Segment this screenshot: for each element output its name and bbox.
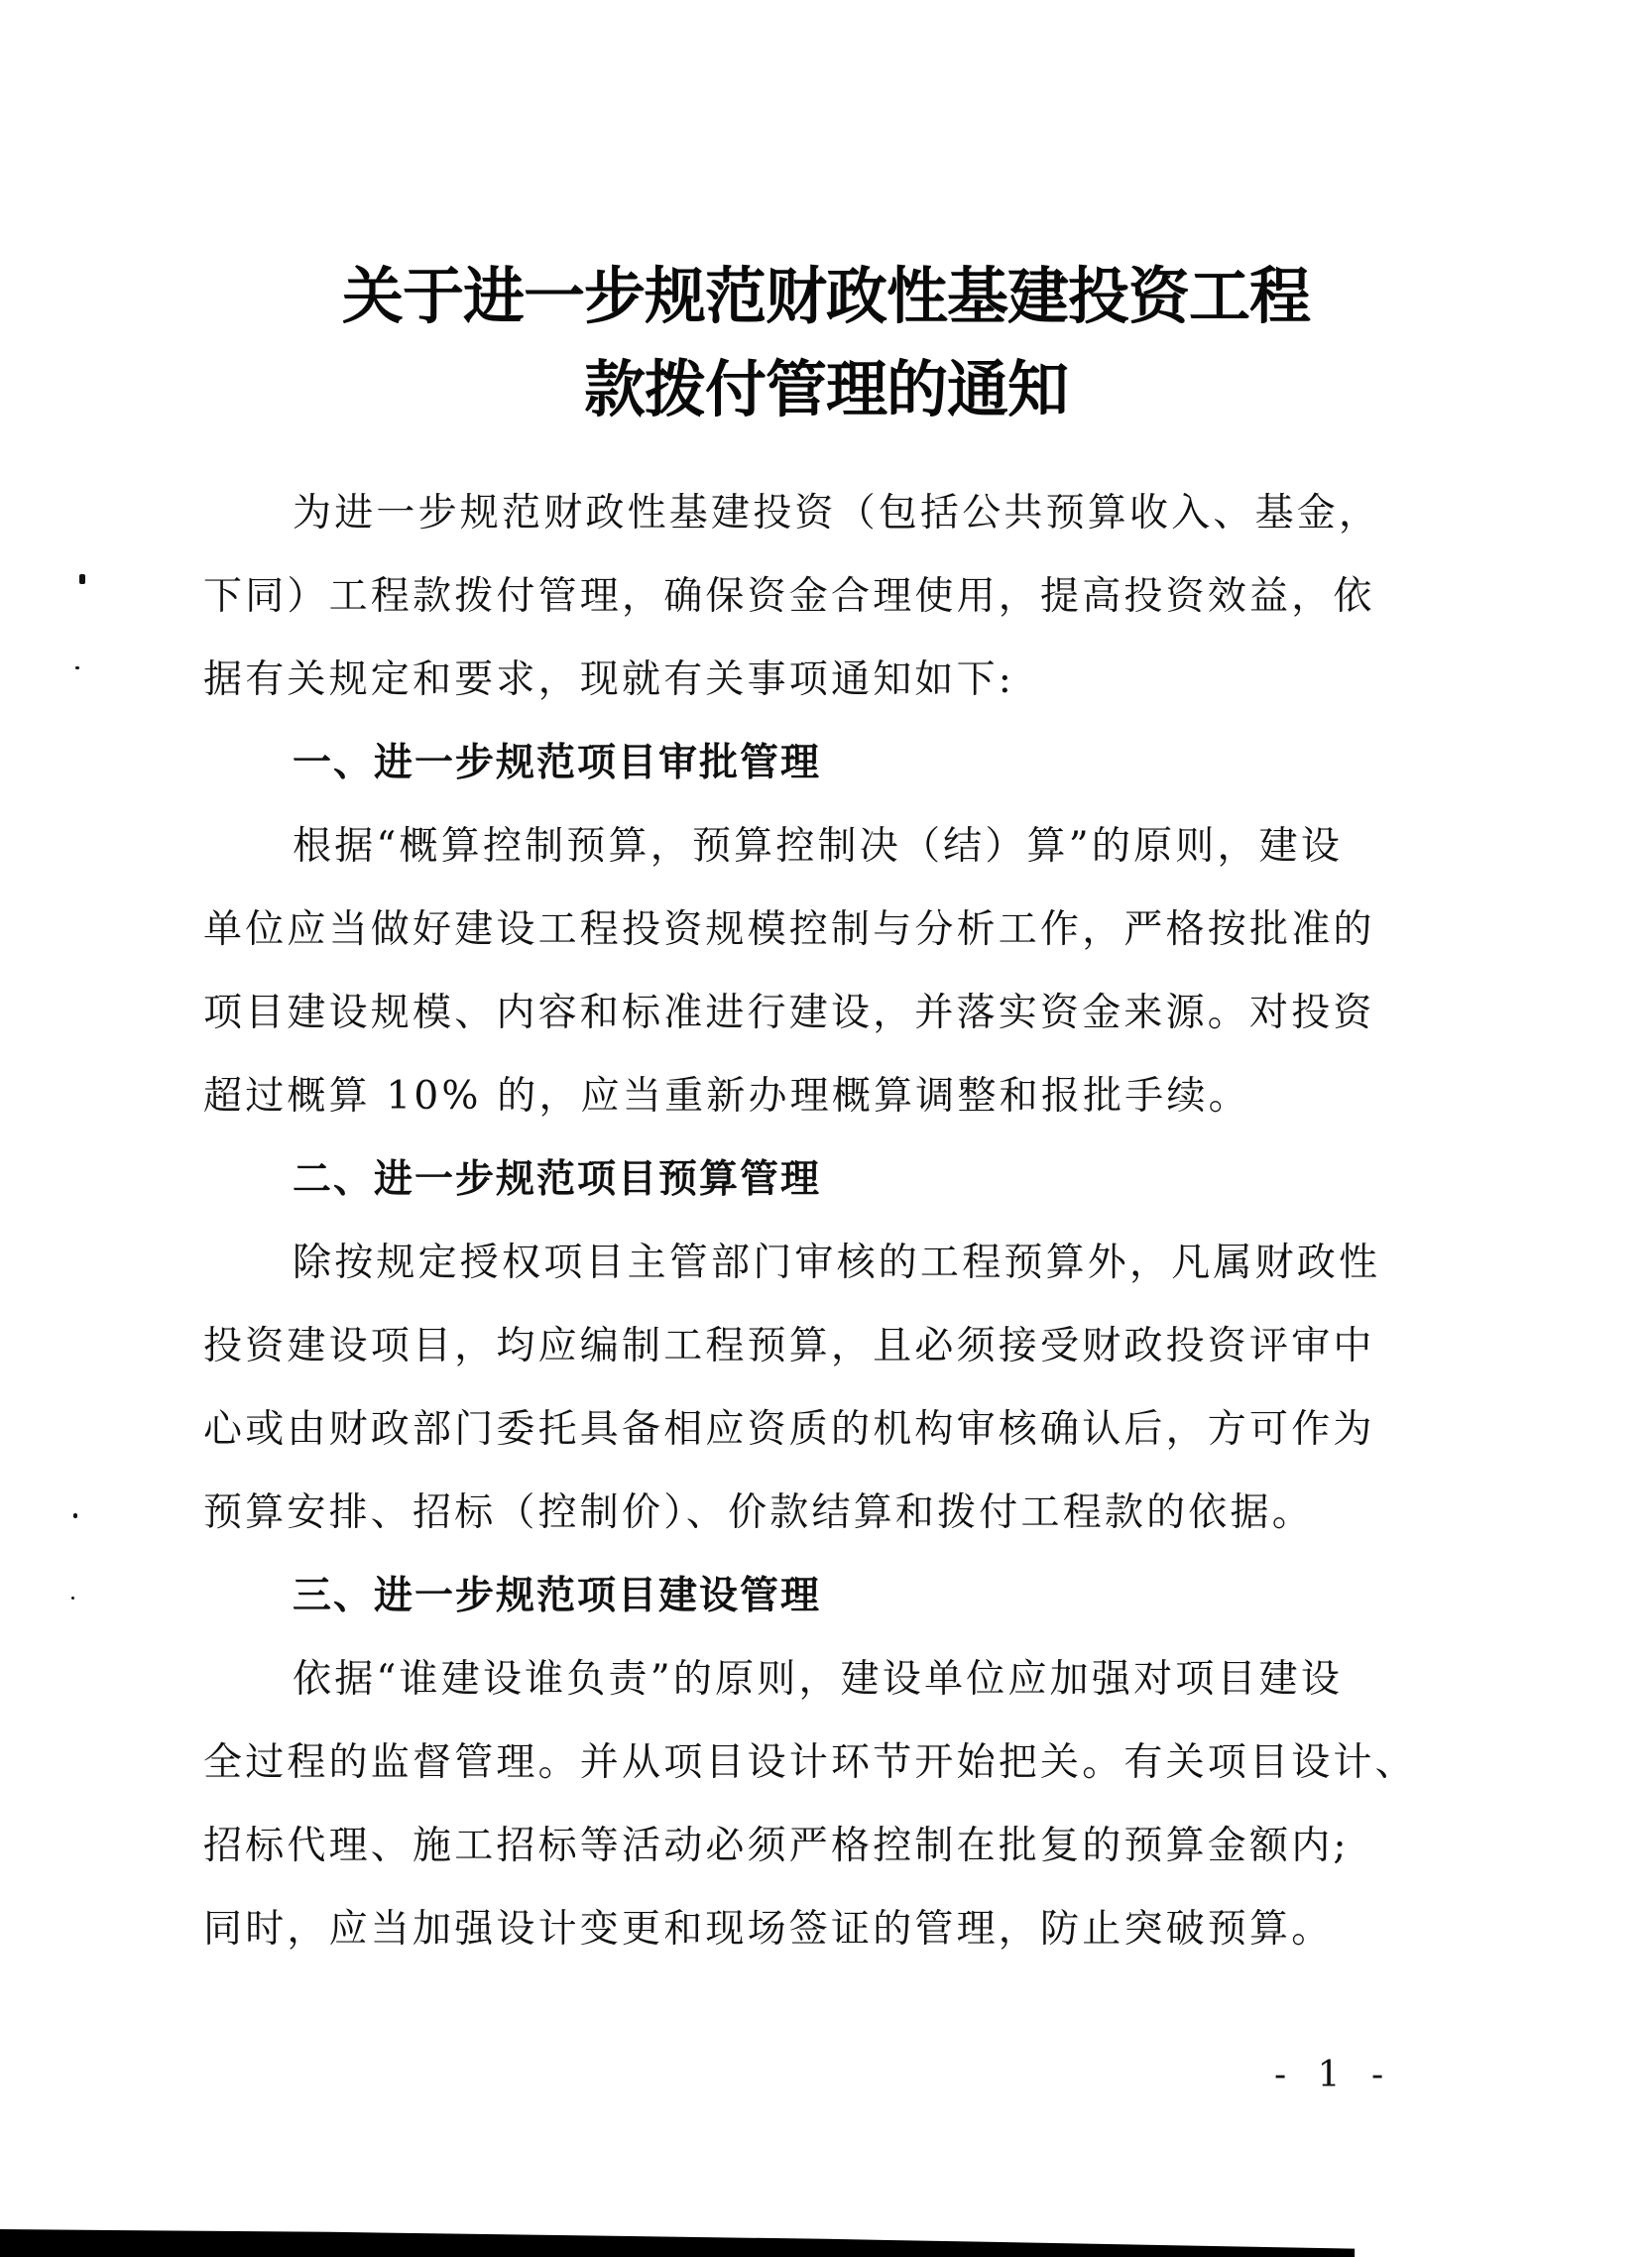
margin-mark [75, 666, 79, 669]
section-2-line-2: 投资建设项目，均应编制工程预算，且必须接受财政投资评审中 [203, 1327, 1433, 1366]
intro-line-3: 据有关规定和要求，现就有关事项通知如下: [203, 660, 1433, 699]
section-1-heading: 一、进一步规范项目审批管理 [293, 744, 1522, 782]
margin-mark [79, 574, 85, 584]
section-3-line-4: 同时，应当加强设计变更和现场签证的管理，防止突破预算。 [203, 1910, 1433, 1949]
section-3-line-2: 全过程的监督管理。并从项目设计环节开始把关。有关项目设计、 [203, 1743, 1433, 1782]
margin-mark [73, 1513, 77, 1518]
section-3-line-1: 依据“谁建设谁负责”的原则，建设单位应加强对项目建设 [293, 1660, 1522, 1699]
document-title-line-1: 关于进一步规范财政性基建投资工程 [0, 266, 1652, 327]
section-1-line-1: 根据“概算控制预算，预算控制决（结）算”的原则，建设 [293, 827, 1522, 866]
intro-line-2: 下同）工程款拨付管理，确保资金合理使用，提高投资效益，依 [203, 577, 1433, 616]
section-3-heading: 三、进一步规范项目建设管理 [293, 1577, 1522, 1615]
section-1-line-3: 项目建设规模、内容和标准进行建设，并落实资金来源。对投资 [203, 994, 1433, 1032]
section-1-line-4: 超过概算 10% 的，应当重新办理概算调整和报批手续。 [203, 1077, 1433, 1116]
margin-mark [71, 1597, 74, 1600]
document-title-line-2: 款拨付管理的通知 [0, 359, 1652, 420]
section-3-line-3: 招标代理、施工招标等活动必须严格控制在批复的预算金额内; [203, 1827, 1433, 1865]
intro-line-1: 为进一步规范财政性基建投资（包括公共预算收入、基金， [293, 494, 1522, 533]
section-2-line-4: 预算安排、招标（控制价）、价款结算和拨付工程款的依据。 [203, 1493, 1433, 1532]
scan-edge-shadow [0, 2229, 1652, 2257]
section-2-heading: 二、进一步规范项目预算管理 [293, 1160, 1522, 1199]
document-page: 关于进一步规范财政性基建投资工程 款拨付管理的通知 为进一步规范财政性基建投资（… [0, 0, 1652, 2257]
section-2-line-3: 心或由财政部门委托具备相应资质的机构审核确认后，方可作为 [203, 1410, 1433, 1449]
section-2-line-1: 除按规定授权项目主管部门审核的工程预算外，凡属财政性 [293, 1244, 1522, 1282]
page-number: - 1 - [1274, 2055, 1393, 2095]
section-1-line-2: 单位应当做好建设工程投资规模控制与分析工作，严格按批准的 [203, 910, 1433, 949]
